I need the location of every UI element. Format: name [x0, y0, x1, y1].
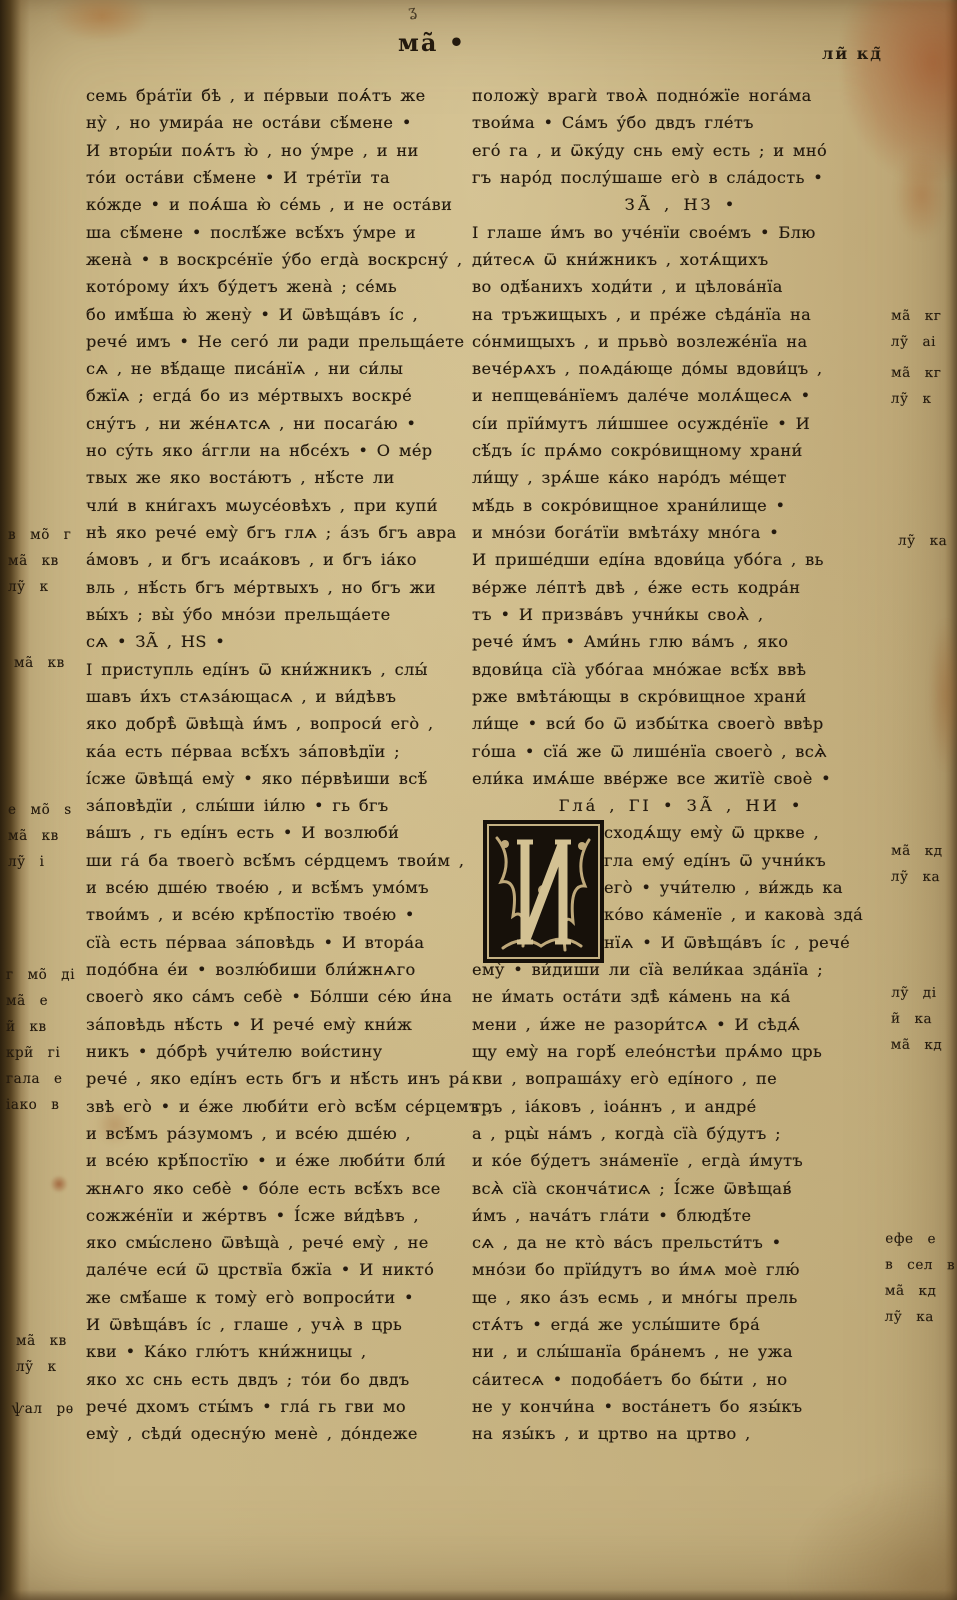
text-line: мѣ́дь в сокро́вищное храни́лище •	[472, 492, 890, 519]
book-page: ʓ ма̃ • ли̃ кд̃ семь бра́тїи бѣ , и пе́р…	[0, 0, 957, 1600]
margin-cross-reference: ма̃ кглу̃ аі	[891, 303, 957, 356]
text-line: И прише́дши еді́на вдови́ца убо́га , вь	[472, 546, 890, 573]
margin-note-line: ма̃ кв	[8, 823, 86, 849]
text-line: и всѣ́мъ ра́зумомъ , и все́ю дше́ю ,	[86, 1120, 472, 1147]
text-line: и мно́зи бога́тїи вмѣта́ху мно́га •	[472, 519, 890, 546]
text-line: твои́ма • Са́мъ у́бо двдъ гле́тъ	[472, 109, 890, 136]
text-line: никъ • до́брѣ учи́телю вои́стину	[86, 1038, 472, 1065]
woodcut-initial-icon	[483, 820, 604, 963]
stain-top-left	[52, 0, 152, 42]
margin-cross-reference: ма̃ кглу̃ к	[891, 360, 957, 413]
text-line: И ѿвѣща́въ і́с , глаше , учѧ̀ в црь	[86, 1311, 472, 1338]
text-line: со́нмищыхъ , и прьво̀ возлеже́нїа на	[472, 328, 890, 355]
margin-cross-reference: в мо̃ гма̃ квлу̃ к	[8, 522, 86, 600]
margin-cross-reference: г мо̃ діма̃ еи̃ квкри̃ гігала еіако в	[6, 962, 84, 1118]
text-line: то́и оста́ви сѣ́мене • И тре́тїи та	[86, 164, 472, 191]
margin-note-line: лу̃ ка	[885, 1304, 957, 1331]
folio-heading-right: ли̃ кд̃	[822, 44, 883, 63]
margin-note-line: іако в	[6, 1092, 84, 1118]
text-line: жнѧго яко себѐ • бо́ле есть всѣ́хъ все	[86, 1175, 472, 1202]
text-line: жена̀ • в воскрсе́нїе у́бо егда̀ воскрсн…	[86, 246, 472, 273]
text-line: гъ наро́д послу́шаше его̀ в сла́дость •	[472, 164, 890, 191]
text-line: го́ша • сїа́ же ѿ лише́нїа своего̀ , всѧ…	[472, 738, 890, 765]
text-line: рже вмѣта́ющы в скро́вищное храни́	[472, 683, 890, 710]
margin-cross-reference: лу̃ ка	[898, 528, 957, 555]
text-line: своего̀ яко са́мъ себѐ • Бо́лши се́ю и́н…	[86, 983, 472, 1010]
text-line: ве́рже ле́птѣ двѣ , е́же есть кодра́н	[472, 574, 890, 601]
text-line: рече́ и́мъ • Ами́нь глю ва́мъ , яко	[472, 628, 890, 655]
text-line: ли́ще • вси́ бо ѿ избы́тка своего̀ ввѣр	[472, 710, 890, 737]
text-line: и все́ю дше́ю твое́ю , и всѣ́мъ умо́мъ	[86, 874, 472, 901]
text-line: ЗА̃ , НЗ •	[472, 191, 890, 218]
text-line: на тръжищыхъ , и пре́же сѣда́нїа на	[472, 301, 890, 328]
margin-note-line: ма̃ е	[6, 988, 84, 1014]
text-line: сожже́нїи и же́ртвъ • І́сже ви́дѣвъ ,	[86, 1202, 472, 1229]
margin-note-line: ма̃ кв	[16, 1328, 94, 1354]
margin-note-line: лу̃ і	[8, 849, 86, 875]
text-line: чли́ в кни́гахъ мѡусе́овѣхъ , при купи́	[86, 492, 472, 519]
folio-heading-center: ма̃ •	[398, 28, 466, 57]
text-line: вы́хъ ; вы̀ у́бо мно́зи прельща́ете	[86, 601, 472, 628]
text-line: звѣ его̀ • и е́же люби́ти его̀ всѣ́м се́…	[86, 1093, 472, 1120]
text-line: І глаше и́мъ во уче́нїи свое́мъ • Блю	[472, 219, 890, 246]
text-line: ще , яко а́зъ есмь , и мно́гы прель	[472, 1284, 890, 1311]
text-line: ни , и слы́шанїа бра́немъ , не ужа	[472, 1338, 890, 1365]
text-line: сѧ , не вѣ́даще писа́нїѧ , ни си́лы	[86, 355, 472, 382]
text-line: всѧ̀ сїа̀ сконча́тисѧ ; І́сже ѿвѣщав́	[472, 1175, 890, 1202]
text-line: кви , вопраша́ху его̀ еді́ного , пе	[472, 1065, 890, 1092]
text-line: и ко́е бу́детъ зна́менїе , егда̀ и́мутъ	[472, 1147, 890, 1174]
margin-note-line: г мо̃ ді	[6, 962, 84, 988]
text-line: мени , и́же не разори́тсѧ • И сѣдѧ́	[472, 1011, 890, 1038]
text-line: ди́тесѧ ѿ кни́жникъ , хотѧ́щихъ	[472, 246, 890, 273]
margin-cross-reference: ма̃ кв	[14, 650, 92, 676]
text-line: сїа̀ есть пе́рваа за́повѣдь • И втора́а	[86, 929, 472, 956]
text-line: рече́ имъ • Не сего́ ли ради прельща́ете	[86, 328, 472, 355]
text-line: Гла́ , ГІ • ЗА̃ , НИ •	[472, 792, 890, 819]
margin-note-line: лу̃ к	[8, 574, 86, 600]
text-line: стѧ́тъ • егда́ же услы́шите бра́	[472, 1311, 890, 1338]
margin-note-line: лу̃ ді	[891, 980, 957, 1007]
text-line: ши га́ ба твоего̀ всѣ́мъ се́рдцемъ твои́…	[86, 847, 472, 874]
text-line: и все́ю крѣ́постїю • и е́же люби́ти бли́	[86, 1147, 472, 1174]
margin-note-line: лу̃ ка	[898, 528, 957, 555]
text-line: щу ему̀ на горѣ́ елео́нстѣи прѧ́мо црь	[472, 1038, 890, 1065]
text-line: за́повѣдь нѣ́сть • И рече́ ему̀ кни́ж	[86, 1011, 472, 1038]
text-line: но су́ть яко а́ггли на нбсе́хъ • О ме́р	[86, 437, 472, 464]
margin-note-line: ѱал рѳ	[12, 1396, 90, 1422]
margin-note-line: и̃ кв	[6, 1014, 84, 1040]
text-line: на язы́къ , и цртво на цртво ,	[472, 1420, 890, 1447]
stain-left-spot	[50, 1175, 68, 1193]
text-line: и непщева́нїемъ дале́че молѧ́щесѧ •	[472, 382, 890, 409]
text-line: са́итесѧ • подоба́етъ бо бы́ти , но	[472, 1366, 890, 1393]
margin-cross-reference: ма̃ квлу̃ к	[16, 1328, 94, 1380]
margin-note-line: е мо̃ ѕ	[8, 797, 86, 823]
text-line: ва́шъ , гь еді́нъ есть • И возлюби́	[86, 819, 472, 846]
text-line: бо имѣ́ша ю̀ жену̀ • И ѿвѣща́въ і́с ,	[86, 301, 472, 328]
margin-note-line: ма̃ кд	[891, 838, 957, 865]
text-line: сѣ́дъ і́с прѧ́мо сокро́вищному храни́	[472, 437, 890, 464]
margin-note-line: ма̃ кг	[891, 360, 957, 387]
quire-signature-mark: ʓ	[407, 2, 418, 21]
ornate-initial-letter	[483, 820, 604, 963]
text-line: дале́че еси́ ѿ црствїа бжїа • И никто́	[86, 1256, 472, 1283]
text-column-right: положу̀ врагѝ твоѧ̀ подно́жїе нога́матво…	[472, 82, 890, 1448]
margin-note-line: в мо̃ г	[8, 522, 86, 548]
margin-note-line: лу̃ ка	[891, 864, 957, 891]
text-line: твых же яко воста́ютъ , нѣ́сте ли	[86, 464, 472, 491]
text-line: І приступль еді́нъ ѿ кни́жникъ , слы́	[86, 656, 472, 683]
text-line: подо́бна е́и • возлю́биши бли́жнѧго	[86, 956, 472, 983]
margin-note-line: ма̃ кг	[891, 303, 957, 330]
text-line: бжїѧ ; егда́ бо из ме́ртвыхъ воскре́	[86, 382, 472, 409]
page-right-edge	[945, 0, 957, 1600]
text-line: яко добрѣ̀ ѿвѣща̀ и́мъ , вопроси́ его̀ ,	[86, 710, 472, 737]
text-line: сну́тъ , ни же́нѧтсѧ , ни посага́ю •	[86, 410, 472, 437]
text-line: ну̀ , но умира́а не оста́ви сѣ́мене •	[86, 109, 472, 136]
text-line: его́ га , и ѿку́ду снь ему̀ есть ; и мно…	[472, 137, 890, 164]
text-line: а , рцы̀ на́мъ , когда̀ сїа̀ бу́дутъ ;	[472, 1120, 890, 1147]
text-line: шавъ и́хъ стѧза́ющасѧ , и ви́дѣвъ	[86, 683, 472, 710]
text-line: ко́жде • и поѧ́ша ю̀ се́мь , и не оста́в…	[86, 191, 472, 218]
text-line: же смѣ́аше к тому̀ его̀ вопроси́ти •	[86, 1284, 472, 1311]
margin-cross-reference: ѱал рѳ	[12, 1396, 90, 1422]
text-line: яко хс снь есть двдъ ; то́и бо двдъ	[86, 1366, 472, 1393]
stain-right-upper	[894, 150, 949, 240]
text-line: ли́щу , зрѧ́ше ка́ко наро́дъ ме́щет	[472, 464, 890, 491]
text-line: за́повѣдїи , слы́ши іи́лю • гь бгъ	[86, 792, 472, 819]
margin-cross-reference: е мо̃ ѕма̃ квлу̃ і	[8, 797, 86, 875]
text-line: рече́ дхомъ сты́мъ • гла́ гь гви мо	[86, 1393, 472, 1420]
text-line: вдови́ца сїа̀ убо́гаа мно́жае всѣ́х ввѣ	[472, 656, 890, 683]
margin-note-line: ма̃ кв	[8, 548, 86, 574]
text-line: твои́мъ , и все́ю крѣ́постїю твое́ю •	[86, 901, 472, 928]
text-line: мно́зи бо прїи́дутъ во и́мѧ моѐ глю́	[472, 1256, 890, 1283]
text-line: сѧ • ЗА̃ , НЅ •	[86, 628, 472, 655]
text-line: ка́а есть пе́рваа всѣ́хъ за́повѣдїи ;	[86, 738, 472, 765]
text-line: яко смы́слено ѿвѣща̀ , рече́ ему̀ , не	[86, 1229, 472, 1256]
stain-bottom-right	[787, 1470, 957, 1600]
text-line: кото́рому и́хъ бу́детъ жена̀ ; се́мь	[86, 273, 472, 300]
margin-note-line: и̃ ка	[891, 1006, 957, 1033]
text-line: во одѣ́анихъ ходи́ти , и цѣлова́нїа	[472, 273, 890, 300]
text-line: сѧ , да не кто̀ ва́съ прельсти́тъ •	[472, 1229, 890, 1256]
margin-note-line: лу̃ аі	[891, 329, 957, 356]
margin-cross-reference: ефе ев сел вма̃ кдлу̃ ка	[885, 1226, 957, 1331]
text-line: вль , нѣ́сть бгъ ме́ртвыхъ , но бгъ жи	[86, 574, 472, 601]
margin-note-line: ма̃ кд	[885, 1278, 957, 1305]
text-line: кви • Ка́ко глю́тъ кни́жницы ,	[86, 1338, 472, 1365]
text-line: і́сже ѿвѣща́ ему̀ • яко пе́рвѣиши всѣ́	[86, 765, 472, 792]
text-line: семь бра́тїи бѣ , и пе́рвыи поѧ́тъ же	[86, 82, 472, 109]
text-line: нѣ яко рече́ ему̀ бгъ глѧ ; а́зъ бгъ авр…	[86, 519, 472, 546]
margin-note-line: в сел в	[885, 1252, 957, 1279]
margin-cross-reference: лу̃ діи̃ кама̃ кд	[891, 980, 957, 1059]
margin-note-line: лу̃ к	[891, 386, 957, 413]
text-line: И вторы́и поѧ́тъ ю̀ , но у́мре , и ни	[86, 137, 472, 164]
text-line: ша сѣ́мене • послѣ́же всѣ́хъ у́мре и	[86, 219, 472, 246]
margin-note-line: ма̃ кв	[14, 650, 92, 676]
margin-cross-reference: ма̃ кдлу̃ ка	[891, 838, 957, 891]
text-line: положу̀ врагѝ твоѧ̀ подно́жїе нога́ма	[472, 82, 890, 109]
margin-note-line: гала е	[6, 1066, 84, 1092]
text-line: сі́и прїи́мутъ ли́шшее осужде́нїе • И	[472, 410, 890, 437]
margin-note-line: лу̃ к	[16, 1354, 94, 1380]
text-line: не у кончи́на • воста́нетъ бо язы́къ	[472, 1393, 890, 1420]
margin-note-line: ефе е	[885, 1226, 957, 1253]
text-line: ему̀ , сѣди́ одесну́ю менѐ , до́ндеже	[86, 1420, 472, 1447]
page-bottom-edge	[0, 1590, 957, 1600]
text-line: и́мъ , нача́тъ гла́ти • блюдѣ́те	[472, 1202, 890, 1229]
text-line: не и́мать оста́ти здѣ̀ ка́мень на ка́	[472, 983, 890, 1010]
margin-note-line: кри̃ гі	[6, 1040, 84, 1066]
text-column-left: семь бра́тїи бѣ , и пе́рвыи поѧ́тъ жену̀…	[86, 82, 472, 1448]
text-line: вече́рѧхъ , поѧда́юще до́мы вдови́цъ ,	[472, 355, 890, 382]
text-line: ели́ка имѧ́ше вве́рже все житїѐ своѐ •	[472, 765, 890, 792]
text-line: тръ , іа́ковъ , іоа́ннъ , и андре́	[472, 1093, 890, 1120]
text-line: рече́ , яко еді́нъ есть бгъ и нѣ́сть инъ…	[86, 1065, 472, 1092]
text-line: тъ • И призва́въ учни́кы своѧ̀ ,	[472, 601, 890, 628]
margin-note-line: ма̃ кд	[891, 1032, 957, 1059]
text-line: а́мовъ , и бгъ исаа́ковъ , и бгъ іа́ко	[86, 546, 472, 573]
